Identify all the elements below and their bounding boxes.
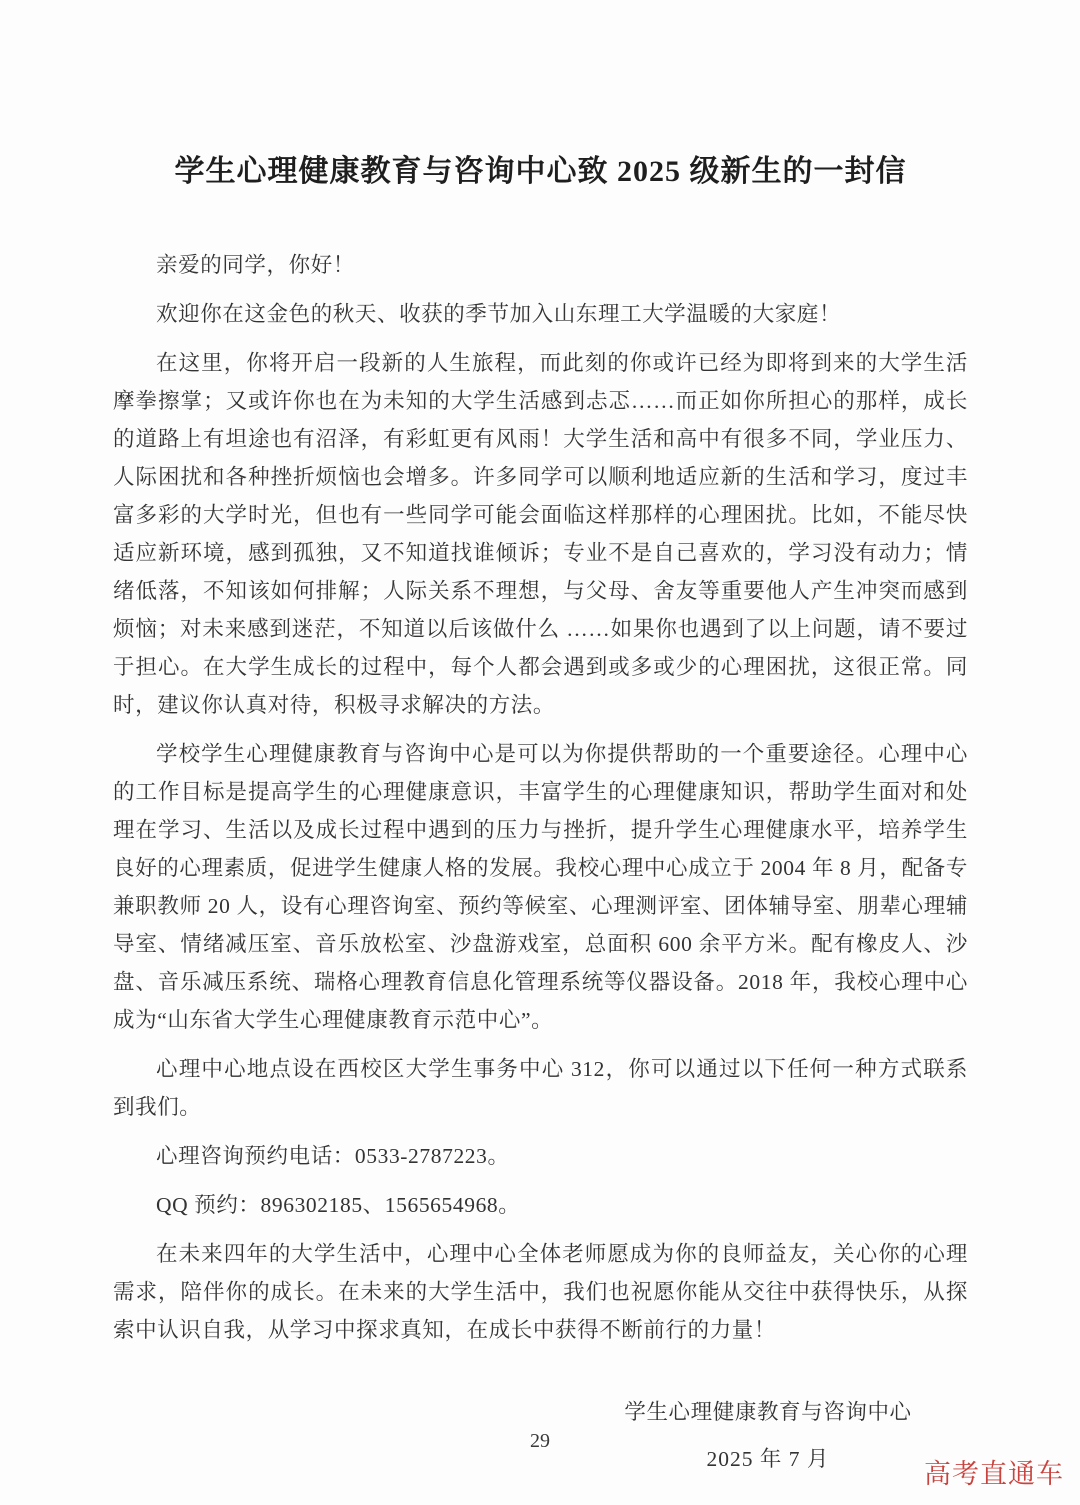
document-page: 学生心理健康教育与咨询中心致 2025 级新生的一封信 亲爱的同学，你好！ 欢迎… (0, 0, 1080, 1505)
qq-line: QQ 预约：896302185、1565654968。 (113, 1186, 968, 1224)
phone-line: 心理咨询预约电话：0533-2787223。 (113, 1137, 968, 1175)
letter-body: 亲爱的同学，你好！ 欢迎你在这金色的秋天、收获的季节加入山东理工大学温暖的大家庭… (113, 246, 968, 1349)
location-line: 心理中心地点设在西校区大学生事务中心 312，你可以通过以下任何一种方式联系到我… (113, 1050, 968, 1126)
page-title: 学生心理健康教育与咨询中心致 2025 级新生的一封信 (113, 146, 968, 190)
watermark-gaokao-zhitongche: 高考直通车 (924, 1452, 1064, 1491)
page-number: 29 (0, 1430, 1080, 1453)
center-introduction-paragraph: 学校学生心理健康教育与咨询中心是可以为你提供帮助的一个重要途径。心理中心的工作目… (113, 735, 968, 1039)
intro-paragraph: 在这里，你将开启一段新的人生旅程，而此刻的你或许已经为即将到来的大学生活摩拳擦掌… (113, 344, 968, 724)
greeting-line: 亲爱的同学，你好！ (113, 246, 968, 284)
welcome-line: 欢迎你在这金色的秋天、收获的季节加入山东理工大学温暖的大家庭！ (113, 295, 968, 333)
closing-paragraph: 在未来四年的大学生活中，心理中心全体老师愿成为你的良师益友，关心你的心理需求，陪… (113, 1235, 968, 1349)
signature-organization: 学生心理健康教育与咨询中心 (568, 1395, 968, 1426)
